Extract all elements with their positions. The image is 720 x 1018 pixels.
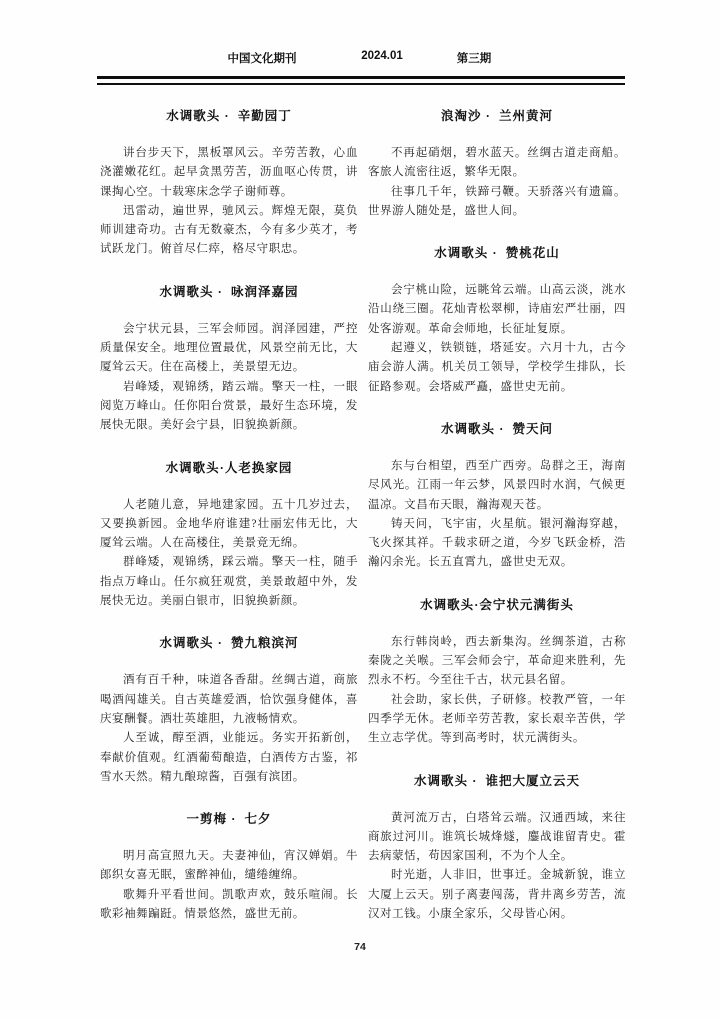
- poem-paragraph: 群峰矮，观锦绣，踩云端。擎天一柱，随手指点万峰山。任尔疯狂观赏，美景敢超中外，发…: [100, 553, 358, 611]
- page-number: 74: [0, 941, 720, 953]
- poem-paragraph: 明月高宣照九天。夫妻神仙，宵汉婵娟。牛郎织女喜无眠，蜜醉神仙，缱绻缠绵。: [100, 847, 358, 886]
- poem-section: 水调歌头 · 咏润泽嘉园 会宁状元县，三军会师园。润泽园建，严控质量保安全。地理…: [100, 282, 358, 436]
- header-divider-rule: [97, 76, 625, 85]
- poem-paragraph: 会宁状元县，三军会师园。润泽园建，严控质量保安全。地理位置最优，风景空前无比，大…: [100, 320, 358, 378]
- poem-title: 水调歌头 · 辛勤园丁: [100, 106, 358, 124]
- poem-paragraph: 往事几千年，铁蹄弓鞭。天骄落兴有遗篇。世界游人随处是，盛世人间。: [368, 183, 626, 222]
- poem-paragraph: 岩峰矮，观锦绣，踏云端。擎天一柱，一眼阅览万峰山。任你阳台赏景，最好生态环境，发…: [100, 378, 358, 436]
- right-column: 浪淘沙 · 兰州黄河 不再起硝烟，碧水蓝天。丝绸古道走商船。客旅人流密往返，繁华…: [368, 96, 626, 924]
- poem-title: 一剪梅 · 七夕: [100, 809, 358, 827]
- poem-title: 水调歌头 · 赞天问: [368, 419, 626, 437]
- issue-number: 第三期: [457, 50, 492, 66]
- poem-paragraph: 起遵义，铁锁链，塔延安。六月十九，古今庙会游人满。机关员工领导，学校学生排队，长…: [368, 339, 626, 397]
- poem-section: 水调歌头 · 赞桃花山 会宁桃山险，远眺耸云端。山高云淡，洮水沿山绕三圈。花灿青…: [368, 243, 626, 397]
- poem-title: 水调歌头 · 咏润泽嘉园: [100, 282, 358, 300]
- journal-title: 中国文化期刊: [228, 50, 297, 66]
- poem-paragraph: 东行韩岗岭，西去新集沟。丝绸茶道，古称秦陇之关喉。三军会师会宁，革命迎来胜利，先…: [368, 633, 626, 691]
- poem-paragraph: 人至诚，醇至酒，业能远。务实开拓新创，奉献价值观。红酒葡萄酿造，白酒传方古鉴，祁…: [100, 729, 358, 787]
- poem-paragraph: 时光逝，人非旧，世事迁。金城新貌，谁立大厦上云天。别子离妻闯荡，背井离乡劳苦，流…: [368, 866, 626, 924]
- poem-paragraph: 社会助，家长供，子研修。校教严管，一年四季学无休。老师辛劳苦教，家长艰辛苦供，学…: [368, 691, 626, 749]
- poem-section: 水调歌头·会宁状元满街头 东行韩岗岭，西去新集沟。丝绸茶道，古称秦陇之关喉。三军…: [368, 595, 626, 749]
- poem-paragraph: 人老随儿意，异地建家园。五十几岁过去，又要换新园。金地华府谁建?壮丽宏伟无比，大…: [100, 496, 358, 554]
- poem-section: 浪淘沙 · 兰州黄河 不再起硝烟，碧水蓝天。丝绸古道走商船。客旅人流密往返，繁华…: [368, 106, 626, 221]
- page-header: 中国文化期刊 2024.01 第三期: [100, 50, 626, 68]
- poem-paragraph: 会宁桃山险，远眺耸云端。山高云淡，洮水沿山绕三圈。花灿青松翠柳，诗庙宏严壮丽，四…: [368, 281, 626, 339]
- poem-paragraph: 黄河流万古，白塔耸云端。汉通西域，来往商旅过河川。谁筑长城烽燧，鏖战谁留青史。霍…: [368, 809, 626, 867]
- poem-paragraph: 歌舞升平看世间。凯歌声欢，鼓乐喧闹。长歌彩袖舞蹁跹。情景悠然，盛世无前。: [100, 886, 358, 925]
- poem-section: 水调歌头 · 赞九粮滨河 酒有百千种，味道各香甜。丝绸古道，商旅喝酒闯雄关。自古…: [100, 633, 358, 787]
- poem-title: 水调歌头·人老换家园: [100, 458, 358, 476]
- poem-section: 水调歌头 · 辛勤园丁 讲台步天下，黑板罩风云。辛劳苦教，心血浇灌嫩花红。起早贪…: [100, 106, 358, 260]
- poem-paragraph: 讲台步天下，黑板罩风云。辛劳苦教，心血浇灌嫩花红。起早贪黑劳苦，沥血呕心传贯，讲…: [100, 144, 358, 202]
- poem-paragraph: 东与台相望，西至广西旁。岛群之王，海南尽风光。江雨一年云梦，风景四时水润，气候更…: [368, 457, 626, 515]
- issue-date: 2024.01: [361, 50, 403, 62]
- poem-paragraph: 酒有百千种，味道各香甜。丝绸古道，商旅喝酒闯雄关。自古英雄爱酒，恰饮强身健体，喜…: [100, 671, 358, 729]
- poem-section: 水调歌头·人老换家园 人老随儿意，异地建家园。五十几岁过去，又要换新园。金地华府…: [100, 458, 358, 612]
- poem-paragraph: 铸天问，飞宇宙，火星航。银河瀚海穿越，飞火探其祥。千载求研之道，今岁飞跃金桥，浩…: [368, 515, 626, 573]
- poem-section: 水调歌头 · 谁把大厦立云天 黄河流万古，白塔耸云端。汉通西域，来往商旅过河川。…: [368, 771, 626, 925]
- poem-title: 水调歌头 · 谁把大厦立云天: [368, 771, 626, 789]
- journal-page: 中国文化期刊 2024.01 第三期 水调歌头 · 辛勤园丁 讲台步天下，黑板罩…: [0, 0, 720, 1018]
- poem-paragraph: 不再起硝烟，碧水蓝天。丝绸古道走商船。客旅人流密往返，繁华无限。: [368, 144, 626, 183]
- poem-section: 水调歌头 · 赞天问 东与台相望，西至广西旁。岛群之王，海南尽风光。江雨一年云梦…: [368, 419, 626, 573]
- poem-title: 水调歌头 · 赞九粮滨河: [100, 633, 358, 651]
- poem-title: 水调歌头·会宁状元满街头: [368, 595, 626, 613]
- poem-paragraph: 迅雷动，遍世界，驰风云。辉煌无限，莫负师训建奇功。古有无数豪杰，今有多少英才，考…: [100, 202, 358, 260]
- poem-section: 一剪梅 · 七夕 明月高宣照九天。夫妻神仙，宵汉婵娟。牛郎织女喜无眠，蜜醉神仙，…: [100, 809, 358, 924]
- poem-title: 浪淘沙 · 兰州黄河: [368, 106, 626, 124]
- poem-title: 水调歌头 · 赞桃花山: [368, 243, 626, 261]
- two-column-body: 水调歌头 · 辛勤园丁 讲台步天下，黑板罩风云。辛劳苦教，心血浇灌嫩花红。起早贪…: [100, 96, 626, 924]
- left-column: 水调歌头 · 辛勤园丁 讲台步天下，黑板罩风云。辛劳苦教，心血浇灌嫩花红。起早贪…: [100, 96, 358, 924]
